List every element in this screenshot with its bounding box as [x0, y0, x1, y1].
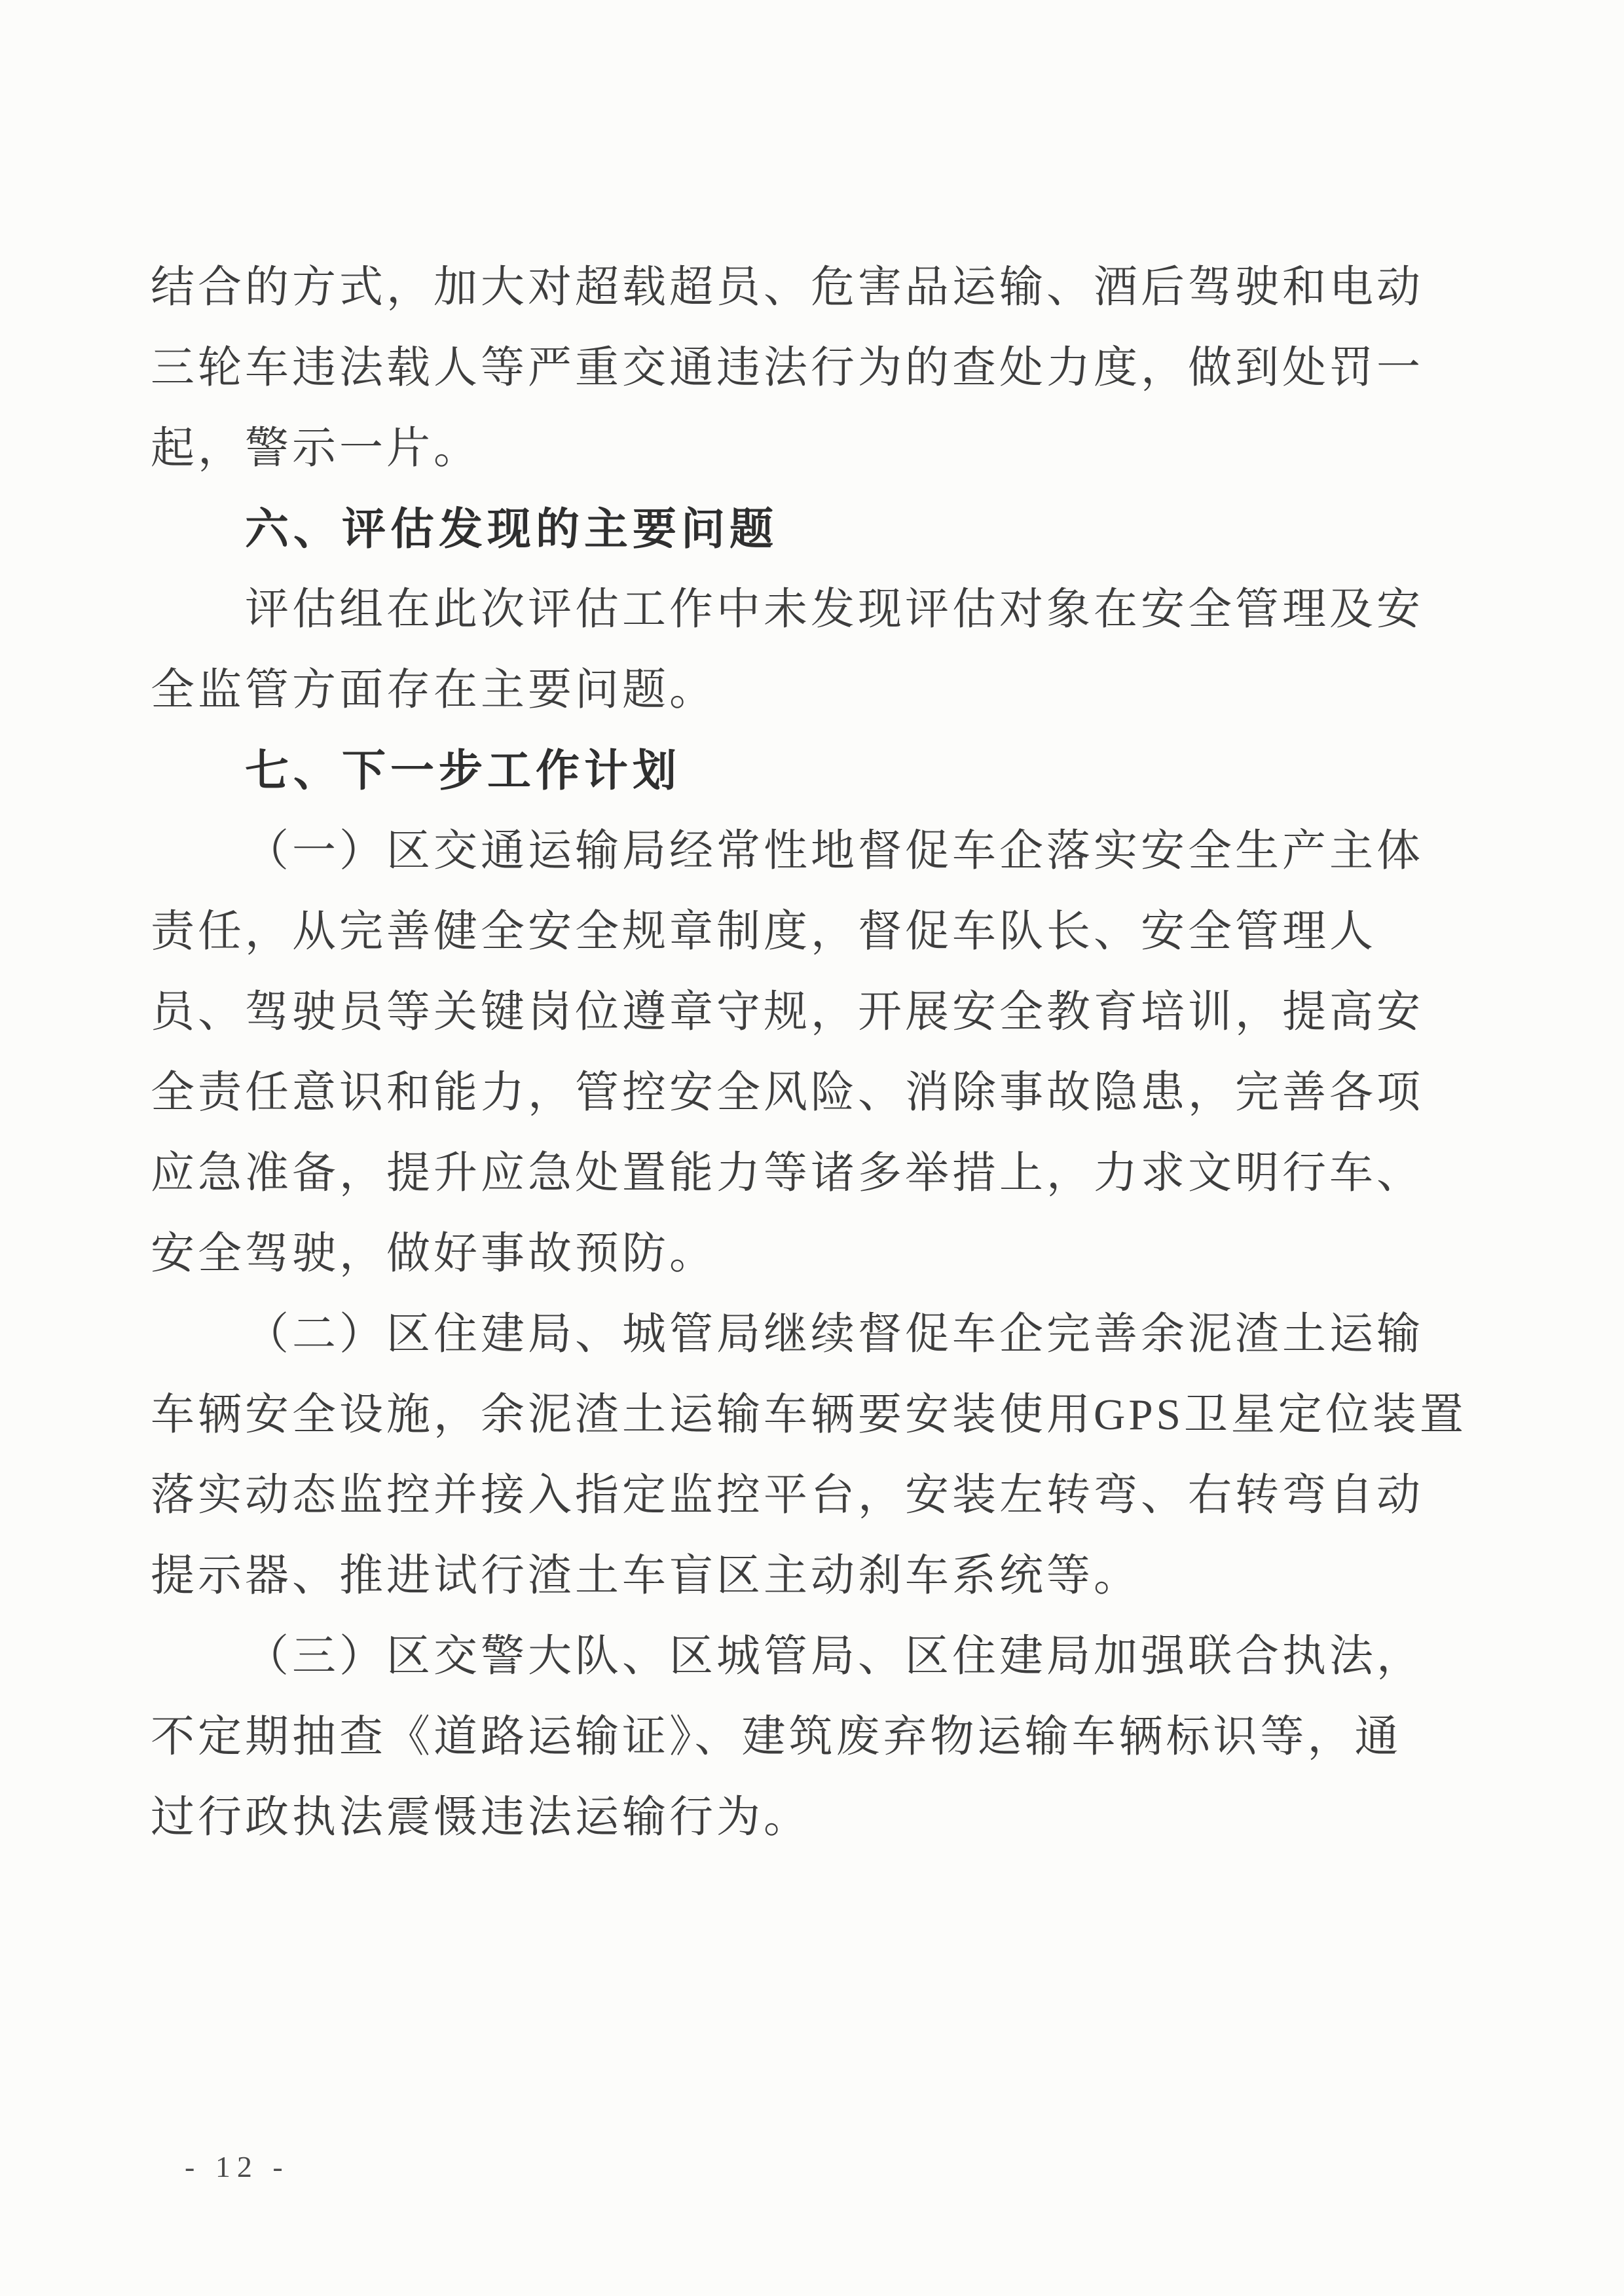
- text-line: 责任，从完善健全安全规章制度，督促车队长、安全管理人: [151, 892, 1480, 972]
- text-line: 应急准备，提升应急处置能力等诸多举措上，力求文明行车、: [151, 1133, 1480, 1214]
- text-line: 员、驾驶员等关键岗位遵章守规，开展安全教育培训，提高安: [151, 972, 1480, 1053]
- text-line: 三轮车违法载人等严重交通违法行为的查处力度，做到处罚一: [151, 328, 1480, 409]
- text-line: 不定期抽查《道路运输证》、建筑废弃物运输车辆标识等，通: [151, 1697, 1480, 1777]
- page-number: - 12 -: [185, 2147, 289, 2187]
- text-line: 结合的方式，加大对超载超员、危害品运输、酒后驾驶和电动: [151, 247, 1480, 328]
- document-page: 结合的方式，加大对超载超员、危害品运输、酒后驾驶和电动三轮车违法载人等严重交通违…: [0, 0, 1624, 2296]
- document-body: 结合的方式，加大对超载超员、危害品运输、酒后驾驶和电动三轮车违法载人等严重交通违…: [151, 247, 1480, 1858]
- text-line: （三）区交警大队、区城管局、区住建局加强联合执法，: [151, 1616, 1480, 1697]
- section-heading: 七、下一步工作计划: [151, 731, 1480, 811]
- text-line: 起，警示一片。: [151, 409, 1480, 489]
- text-line: 评估组在此次评估工作中未发现评估对象在安全管理及安: [151, 570, 1480, 650]
- text-line: 全责任意识和能力，管控安全风险、消除事故隐患，完善各项: [151, 1053, 1480, 1133]
- text-line: 过行政执法震慑违法运输行为。: [151, 1777, 1480, 1858]
- text-line: （一）区交通运输局经常性地督促车企落实安全生产主体: [151, 811, 1480, 892]
- text-line: 全监管方面存在主要问题。: [151, 650, 1480, 731]
- text-line: 安全驾驶，做好事故预防。: [151, 1214, 1480, 1294]
- text-line: 车辆安全设施，余泥渣土运输车辆要安装使用GPS卫星定位装置: [151, 1375, 1480, 1455]
- text-line: 落实动态监控并接入指定监控平台，安装左转弯、右转弯自动: [151, 1455, 1480, 1536]
- text-line: 提示器、推进试行渣土车盲区主动刹车系统等。: [151, 1536, 1480, 1616]
- section-heading: 六、评估发现的主要问题: [151, 489, 1480, 570]
- text-line: （二）区住建局、城管局继续督促车企完善余泥渣土运输: [151, 1294, 1480, 1375]
